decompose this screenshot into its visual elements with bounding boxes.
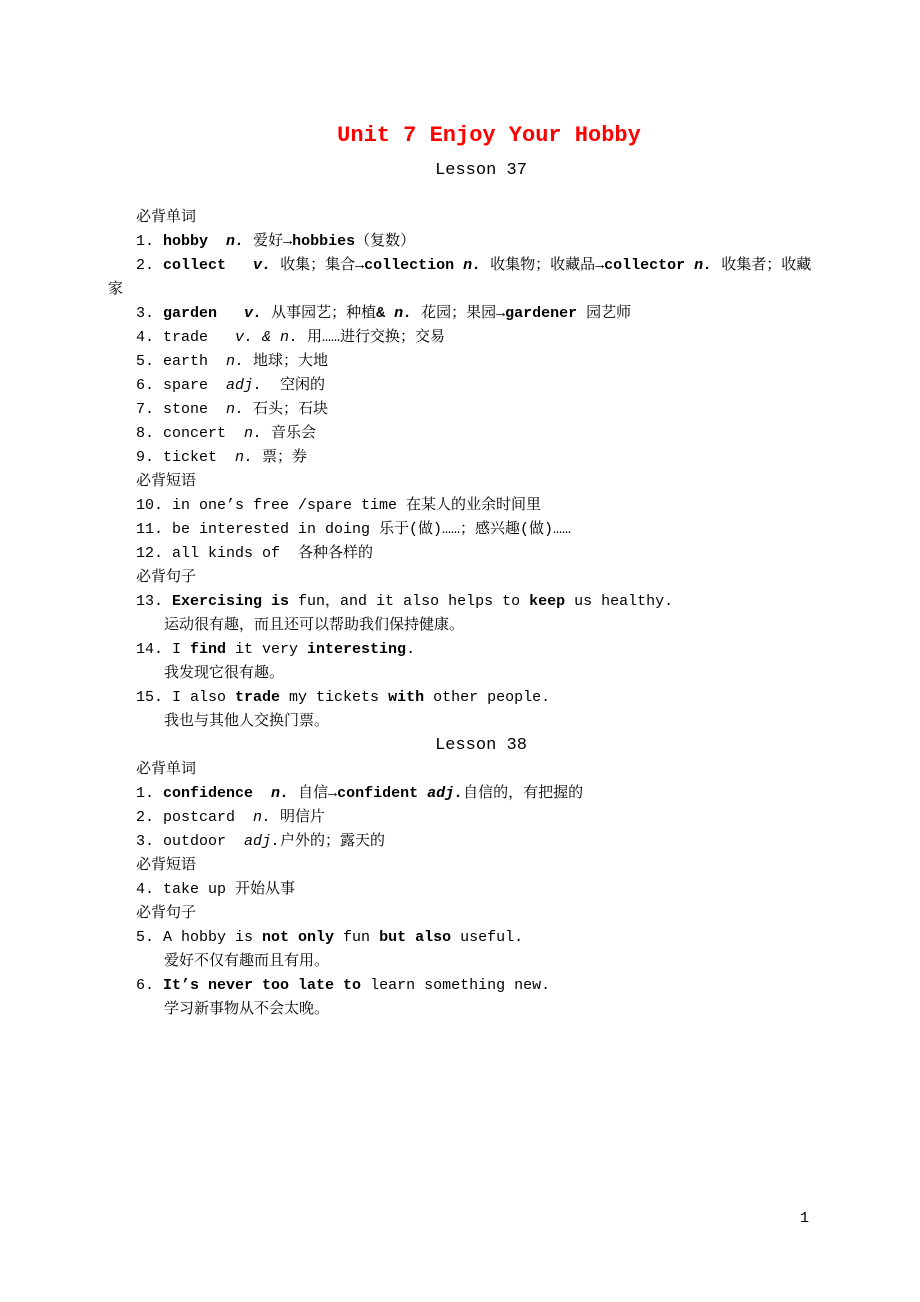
text-segment: hobbies [292,233,355,250]
text-segment: collection [364,257,454,274]
text-segment: 自信→ [289,785,337,802]
text-segment: collector [604,257,685,274]
text-segment: it very [226,641,307,658]
text-segment: 从事园艺；种植 [262,305,376,322]
sentence-item: 15. I also trade my tickets with other p… [108,686,826,710]
text-segment: confident [337,785,418,802]
text-segment: 14. I [136,641,190,658]
translation: 爱好不仅有趣而且有用。 [108,950,826,974]
text-segment: & [376,305,394,322]
text-segment: 明信片 [271,809,325,826]
text-segment: gardener [505,305,577,322]
text-segment: 6. spare [136,377,226,394]
text-segment: n. [226,353,244,370]
section-header: 必背单词 [108,758,826,782]
text-segment: 音乐会 [262,425,316,442]
phrase-item: 11. be interested in doing 乐于(做)……；感兴趣(做… [108,518,826,542]
text-segment: 收集者；收藏 [712,257,811,274]
translation: 学习新事物从不会太晚。 [108,998,826,1022]
text-segment: n. [253,809,271,826]
text-segment: v. [253,257,271,274]
text-segment: 用……进行交换；交易 [298,329,445,346]
text-segment: learn something new. [361,977,550,994]
text-segment: n. [394,305,412,322]
text-segment: 2. [136,257,163,274]
sentence-item: 14. I find it very interesting. [108,638,826,662]
translation: 运动很有趣，而且还可以帮助我们保持健康。 [108,614,826,638]
vocab-item: 5. earth n. 地球；大地 [108,350,826,374]
sentence-item: 13. Exercising is fun，and it also helps … [108,590,826,614]
text-segment: adj. [226,377,262,394]
text-segment: adj. [427,785,463,802]
text-segment: 我也与其他人交换门票。 [164,713,329,730]
text-segment: 运动很有趣，而且还可以帮助我们保持健康。 [164,617,464,634]
text-segment [217,305,244,322]
text-segment: find [190,641,226,658]
lesson-lesson-38: Lesson 38必背单词1. confidence n. 自信→confide… [108,734,826,1022]
text-segment: 7. stone [136,401,226,418]
text-segment: 园艺师 [577,305,631,322]
text-segment: . [406,641,415,658]
text-segment: 1. [136,785,163,802]
text-segment: n. [235,449,253,466]
text-segment: 学习新事物从不会太晚。 [164,1001,329,1018]
text-segment: 家 [108,281,123,298]
text-segment: 4. take up 开始从事 [136,881,295,898]
text-segment: interesting [307,641,406,658]
text-segment: 10. in one’s free /spare time 在某人的业余时间里 [136,497,541,514]
text-segment: 收集；集合→ [271,257,364,274]
text-segment: n. [226,233,244,250]
text-segment: （复数） [355,233,415,250]
text-segment: 必背句子 [136,569,196,586]
sentence-item: 6. It’s never too late to learn somethin… [108,974,826,998]
vocab-item: 4. trade v. & n. 用……进行交换；交易 [108,326,826,350]
text-segment: n. [271,785,289,802]
translation: 我也与其他人交换门票。 [108,710,826,734]
vocab-item: 1. hobby n. 爱好→hobbies（复数） [108,230,826,254]
text-segment: 8. concert [136,425,244,442]
text-segment [208,233,226,250]
text-segment: 地球；大地 [244,353,328,370]
text-segment [685,257,694,274]
section-header: 必背短语 [108,854,826,878]
text-segment: but also [379,929,451,946]
text-segment: 12. all kinds of 各种各样的 [136,545,373,562]
text-segment: 5. earth [136,353,226,370]
document-title: Unit 7 Enjoy Your Hobby [108,120,826,152]
text-segment: 必背句子 [136,905,196,922]
text-segment: n. [463,257,481,274]
text-segment: confidence [163,785,253,802]
text-segment: Exercising is [172,593,289,610]
vocab-item: 2. collect v. 收集；集合→collection n. 收集物；收藏… [108,254,826,278]
vocab-item-continuation: 家 [108,278,826,302]
text-segment: 户外的；露天的 [280,833,385,850]
text-segment [418,785,427,802]
text-segment: 我发现它很有趣。 [164,665,284,682]
text-segment: 自信的，有把握的 [463,785,583,802]
section-header: 必背单词 [108,206,826,230]
text-segment: keep [529,593,565,610]
text-segment: my tickets [280,689,388,706]
page-number: 1 [800,1207,809,1231]
phrase-item: 12. all kinds of 各种各样的 [108,542,826,566]
text-segment: 4. trade [136,329,235,346]
text-segment: us healthy. [565,593,673,610]
text-segment: n. [244,425,262,442]
text-segment: useful. [451,929,523,946]
text-segment: 15. I also [136,689,235,706]
text-segment: It’s never too late to [163,977,361,994]
text-segment: 3. outdoor [136,833,244,850]
document-body: Unit 7 Enjoy Your Hobby Lesson 37必背单词1. … [108,0,826,1022]
document-page: Unit 7 Enjoy Your Hobby Lesson 37必背单词1. … [0,0,920,1302]
text-segment: 空闲的 [262,377,325,394]
text-segment: n. [226,401,244,418]
text-segment: other people. [424,689,550,706]
vocab-item: 8. concert n. 音乐会 [108,422,826,446]
lessons: Lesson 37必背单词1. hobby n. 爱好→hobbies（复数）2… [108,158,826,1022]
lesson-lesson-37: Lesson 37必背单词1. hobby n. 爱好→hobbies（复数）2… [108,158,826,734]
text-segment: not only [262,929,334,946]
text-segment: 5. A hobby is [136,929,262,946]
text-segment: 必背短语 [136,857,196,874]
text-segment [226,257,253,274]
phrase-item: 10. in one’s free /spare time 在某人的业余时间里 [108,494,826,518]
vocab-item: 3. outdoor adj.户外的；露天的 [108,830,826,854]
text-segment: fun [334,929,379,946]
text-segment: 2. postcard [136,809,253,826]
vocab-item: 6. spare adj. 空闲的 [108,374,826,398]
text-segment: 6. [136,977,163,994]
text-segment: garden [163,305,217,322]
text-segment: 必背短语 [136,473,196,490]
text-segment: hobby [163,233,208,250]
text-segment: collect [163,257,226,274]
text-segment: 必背单词 [136,761,196,778]
text-segment: 爱好不仅有趣而且有用。 [164,953,329,970]
vocab-item: 7. stone n. 石头；石块 [108,398,826,422]
vocab-item: 1. confidence n. 自信→confident adj.自信的，有把… [108,782,826,806]
text-segment: 1. [136,233,163,250]
text-segment: n. [694,257,712,274]
phrase-item: 4. take up 开始从事 [108,878,826,902]
text-segment: trade [235,689,280,706]
text-segment: fun，and it also helps to [289,593,529,610]
text-segment: v. & n. [235,329,298,346]
text-segment: adj. [244,833,280,850]
text-segment [253,785,271,802]
vocab-item: 9. ticket n. 票；券 [108,446,826,470]
text-segment: 9. ticket [136,449,235,466]
text-segment: 收集物；收藏品→ [481,257,604,274]
vocab-item: 2. postcard n. 明信片 [108,806,826,830]
sentence-item: 5. A hobby is not only fun but also usef… [108,926,826,950]
text-segment: 3. [136,305,163,322]
text-segment: 爱好→ [244,233,292,250]
text-segment: 花园；果园→ [412,305,505,322]
translation: 我发现它很有趣。 [108,662,826,686]
lesson-heading: Lesson 38 [108,734,826,758]
section-header: 必背短语 [108,470,826,494]
text-segment: 票；券 [253,449,307,466]
text-segment: 13. [136,593,172,610]
text-segment: 必背单词 [136,209,196,226]
lesson-heading: Lesson 37 [108,158,826,184]
text-segment: 石头；石块 [244,401,328,418]
text-segment: with [388,689,424,706]
section-header: 必背句子 [108,566,826,590]
section-header: 必背句子 [108,902,826,926]
text-segment [454,257,463,274]
text-segment: v. [244,305,262,322]
text-segment: 11. be interested in doing 乐于(做)……；感兴趣(做… [136,521,571,538]
vocab-item: 3. garden v. 从事园艺；种植& n. 花园；果园→gardener … [108,302,826,326]
